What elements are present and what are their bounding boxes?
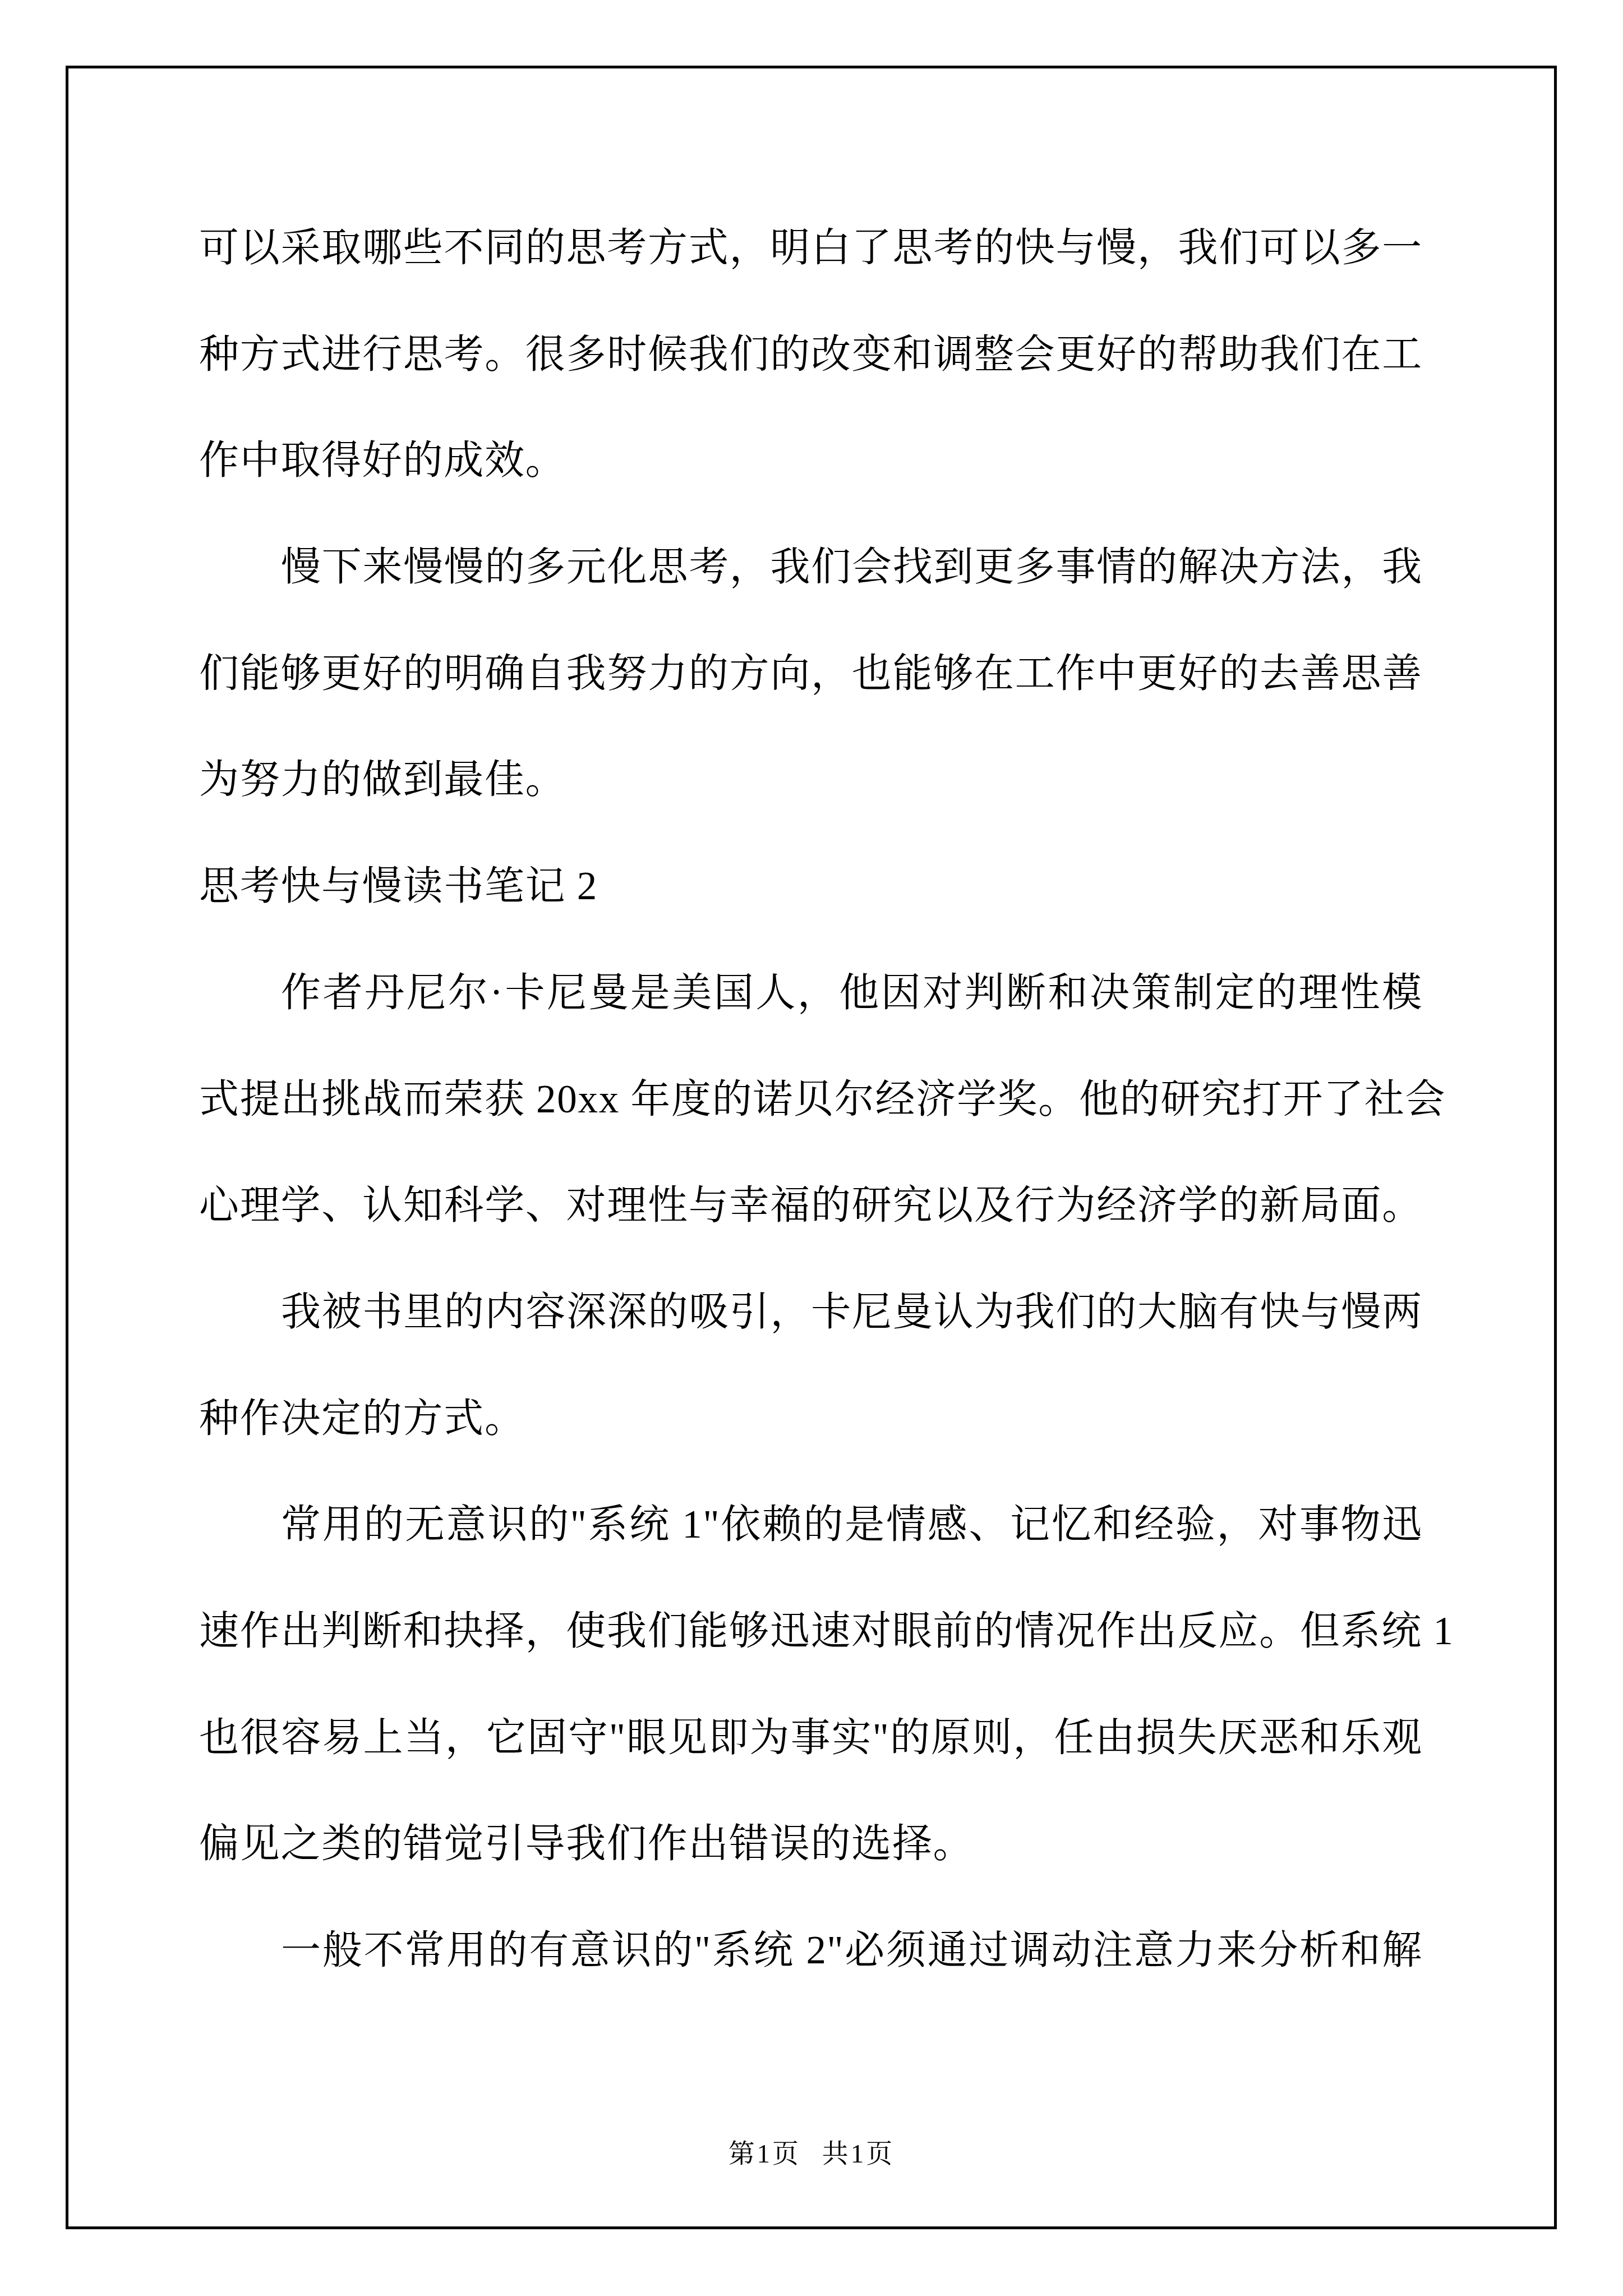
text-line: 慢下来慢慢的多元化思考，我们会找到更多事情的解决方法，我: [199, 514, 1423, 621]
text-line: 们能够更好的明确自我努力的方向，也能够在工作中更好的去善思善: [199, 621, 1423, 728]
text-line: 种作决定的方式。: [199, 1366, 1423, 1473]
text-line: 一般不常用的有意识的"系统 2"必须通过调动注意力来分析和解: [199, 1898, 1423, 2004]
text-line: 式提出挑战而荣获 20xx 年度的诺贝尔经济学奖。他的研究打开了社会: [199, 1047, 1423, 1153]
text-line: 偏见之类的错觉引导我们作出错误的选择。: [199, 1791, 1423, 1898]
text-line: 种方式进行思考。很多时候我们的改变和调整会更好的帮助我们在工: [199, 302, 1423, 408]
text-line: 作者丹尼尔·卡尼曼是美国人，他因对判断和决策制定的理性模: [199, 940, 1423, 1047]
text-line: 我被书里的内容深深的吸引，卡尼曼认为我们的大脑有快与慢两: [199, 1259, 1423, 1366]
text-line: 常用的无意识的"系统 1"依赖的是情感、记忆和经验，对事物迅: [199, 1472, 1423, 1579]
text-line: 可以采取哪些不同的思考方式，明白了思考的快与慢，我们可以多一: [199, 195, 1423, 302]
document-body: 可以采取哪些不同的思考方式，明白了思考的快与慢，我们可以多一种方式进行思考。很多…: [199, 195, 1423, 2004]
text-line: 也很容易上当，它固守"眼见即为事实"的原则，任由损失厌恶和乐观: [199, 1685, 1423, 1792]
text-line: 心理学、认知科学、对理性与幸福的研究以及行为经济学的新局面。: [199, 1153, 1423, 1259]
text-line: 作中取得好的成效。: [199, 408, 1423, 514]
text-line: 为努力的做到最佳。: [199, 727, 1423, 834]
section-heading: 思考快与慢读书笔记 2: [199, 834, 1423, 940]
text-line: 速作出判断和抉择，使我们能够迅速对眼前的情况作出反应。但系统 1: [199, 1579, 1423, 1685]
page-footer: 第1页 共1页: [0, 2129, 1623, 2179]
document-page: 可以采取哪些不同的思考方式，明白了思考的快与慢，我们可以多一种方式进行思考。很多…: [0, 0, 1623, 2296]
